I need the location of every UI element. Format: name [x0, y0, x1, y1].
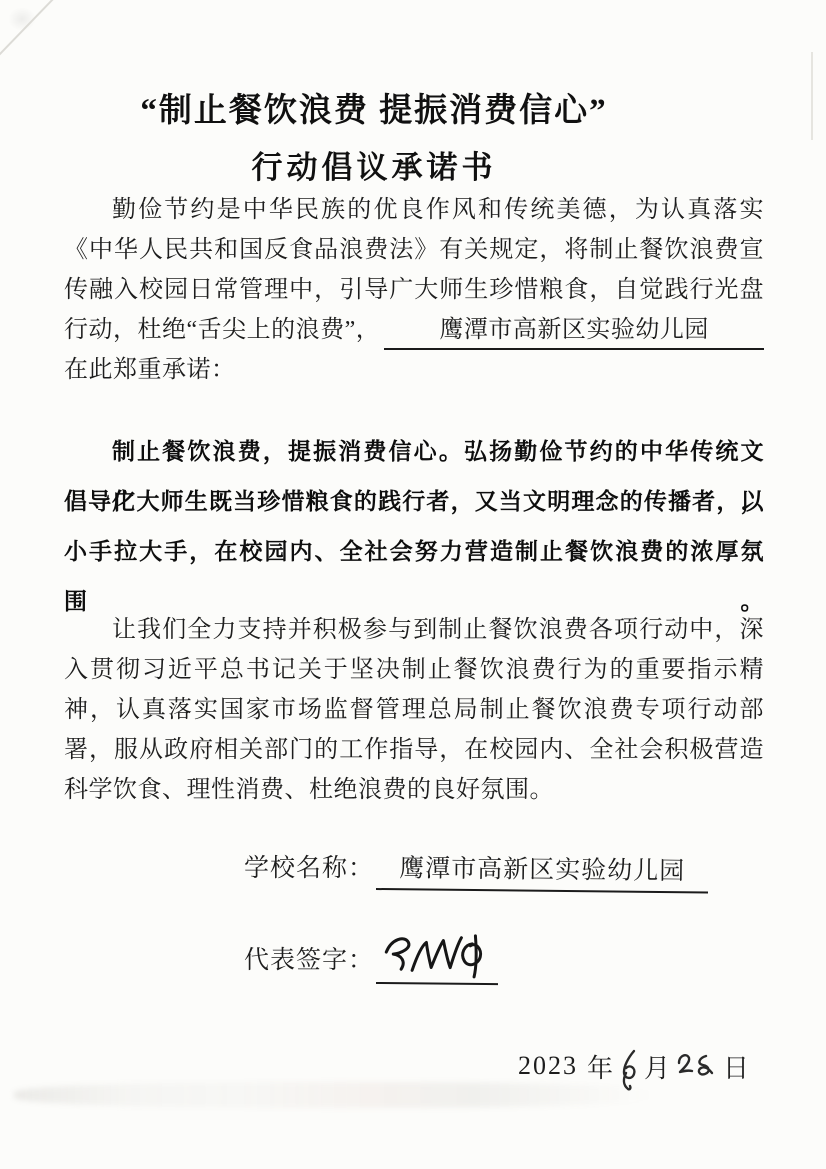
scan-corner-crease — [0, 0, 58, 56]
document-title-line-2: 行动倡议承诺书 — [24, 142, 724, 187]
text-line: 制止餐饮浪费，提振消费信心。弘扬勤俭节约的中华传统文化， — [64, 426, 764, 476]
paragraph-intro: 勤俭节约是中华民族的优良作风和传统美德，为认真落实 《中华人民共和国反食品浪费法… — [64, 190, 764, 390]
signature-field: 代表签字： — [244, 938, 498, 984]
school-name-filled-in: 鹰潭市高新区实验幼儿园 — [439, 317, 709, 343]
date-month-unit: 月 — [644, 1048, 671, 1085]
date-day-unit: 日 — [723, 1048, 750, 1085]
scan-noise-top-left — [2, 2, 42, 36]
school-name-value: 鹰潭市高新区实验幼儿园 — [399, 855, 685, 885]
paragraph-action: 让我们全力支持并积极参与到制止餐饮浪费各项行动中，深 入贯彻习近平总书记关于坚决… — [64, 610, 764, 810]
text-line: 科学饮食、理性消费、杜绝浪费的良好氛围。 — [64, 770, 764, 810]
document-title-line-1: “制止餐饮浪费 提振消费信心” — [24, 84, 724, 131]
paragraph-pledge-bold: 制止餐饮浪费，提振消费信心。弘扬勤俭节约的中华传统文化， 倡导广大师生既当珍惜粮… — [64, 426, 764, 576]
handwritten-signature-icon — [378, 928, 491, 987]
school-name-field: 学校名称： 鹰潭市高新区实验幼儿园 — [244, 848, 708, 890]
scan-edge-streak — [811, 52, 813, 140]
handwritten-digit-6-icon — [619, 1041, 639, 1092]
text-line: 入贯彻习近平总书记关于坚决制止餐饮浪费行为的重要指示精 — [64, 650, 764, 690]
text-line: 勤俭节约是中华民族的优良作风和传统美德，为认真落实 — [64, 190, 764, 230]
date-year: 2023 — [518, 1051, 578, 1081]
handwritten-digits-28-icon — [676, 1045, 718, 1088]
signature-label: 代表签字： — [244, 938, 374, 984]
text-line: 让我们全力支持并积极参与到制止餐饮浪费各项行动中，深 — [64, 610, 764, 650]
date-year-unit: 年 — [587, 1048, 614, 1085]
school-name-underline: 鹰潭市高新区实验幼儿园 — [384, 310, 764, 350]
text-before-blank: 行动，杜绝“舌尖上的浪费”， — [64, 310, 380, 350]
text-line: 倡导广大师生既当珍惜粮食的践行者，又当文明理念的传播者，以 — [64, 476, 764, 526]
scanned-commitment-letter: “制止餐饮浪费 提振消费信心” 行动倡议承诺书 勤俭节约是中华民族的优良作风和传… — [0, 0, 826, 1169]
text-line: 在此郑重承诺： — [64, 350, 764, 390]
text-line: 传融入校园日常管理中，引导广大师生珍惜粮食，自觉践行光盘 — [64, 270, 764, 310]
date-line: 2023 年 月 日 — [518, 1044, 753, 1088]
text-line: 小手拉大手，在校园内、全社会努力营造制止餐饮浪费的浓厚氛围。 — [64, 526, 764, 576]
signature-underline — [376, 938, 498, 985]
text-line: 《中华人民共和国反食品浪费法》有关规定，将制止餐饮浪费宣 — [64, 230, 764, 270]
school-name-label: 学校名称： — [244, 848, 374, 890]
text-line: 神，认真落实国家市场监督管理总局制止餐饮浪费专项行动部 — [64, 690, 764, 730]
text-line-with-blank: 行动，杜绝“舌尖上的浪费”， 鹰潭市高新区实验幼儿园 — [64, 310, 764, 350]
text-line: 署，服从政府相关部门的工作指导，在校园内、全社会积极营造 — [64, 730, 764, 770]
school-name-value-underline: 鹰潭市高新区实验幼儿园 — [376, 848, 708, 893]
